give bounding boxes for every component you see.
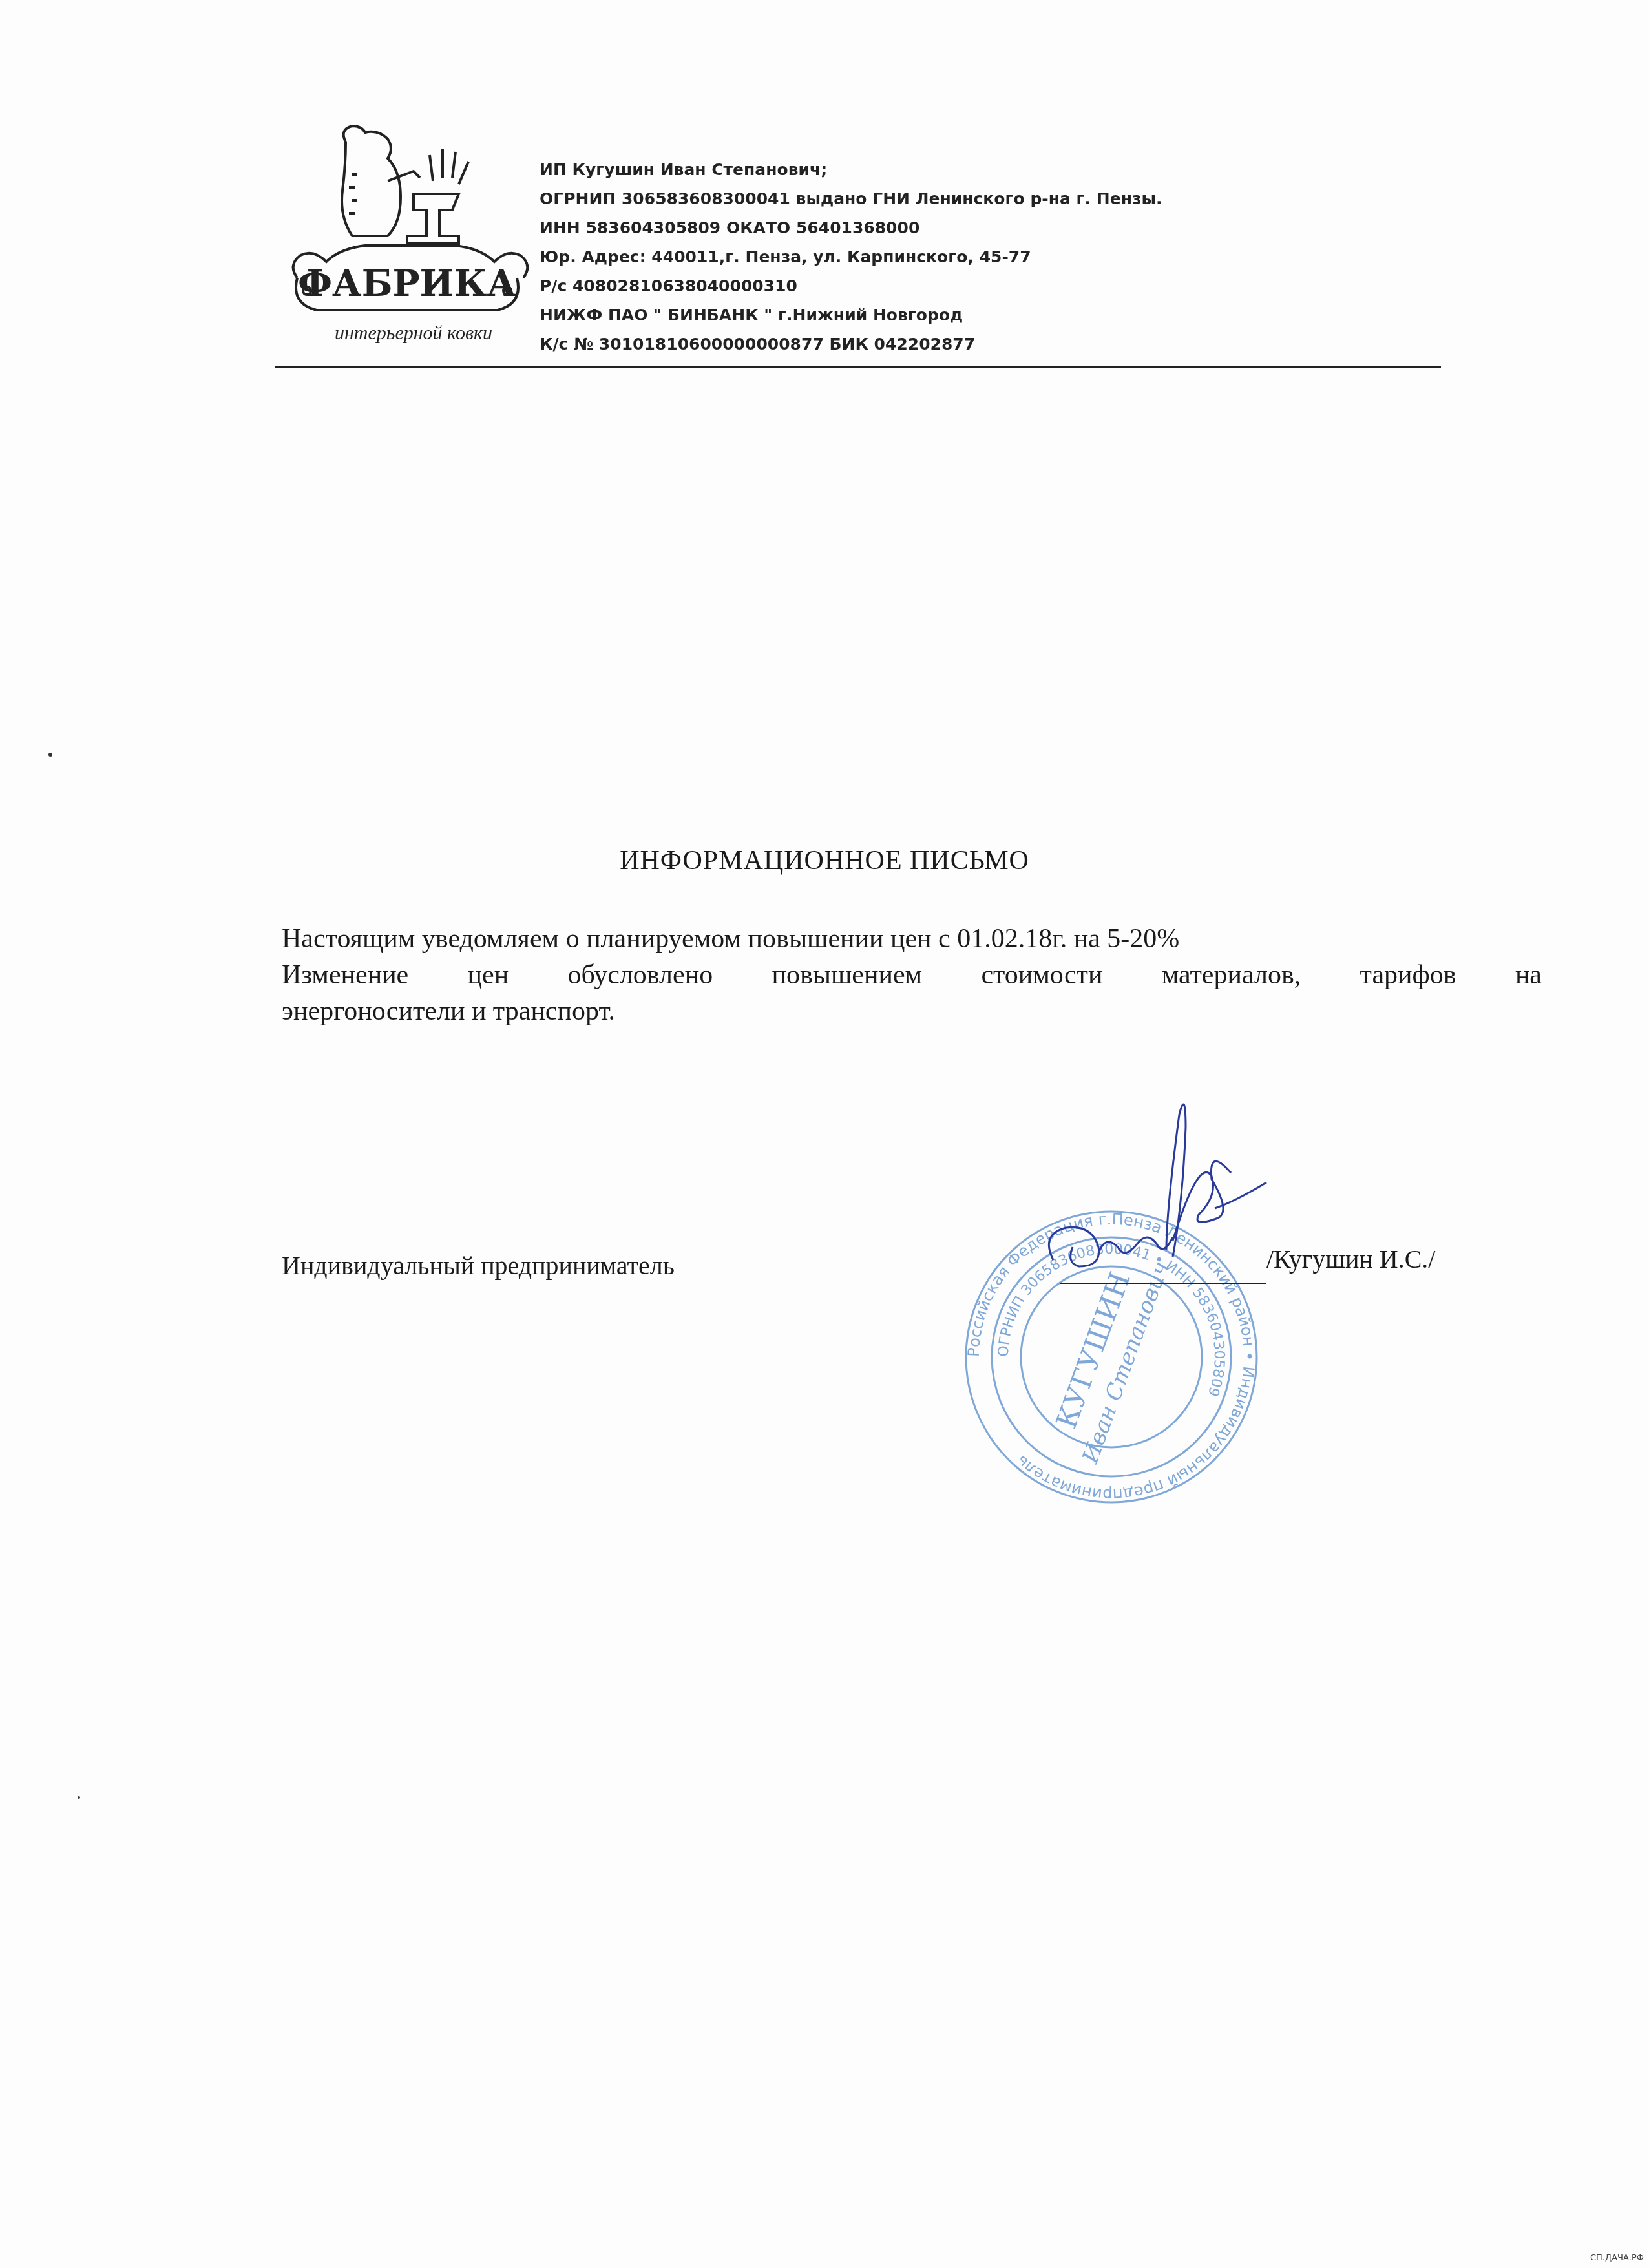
requisite-line-inn: ИНН 583604305809 ОКАТО 56401368000: [540, 213, 1162, 242]
requisite-line-address: Юр. Адрес: 440011,г. Пенза, ул. Карпинск…: [540, 242, 1162, 271]
requisite-line-account: Р/с 40802810638040000310: [540, 271, 1162, 300]
source-watermark: СП.ДАЧА.РФ: [1590, 2253, 1644, 2263]
requisite-line-corr-account: К/с № 30101810600000000877 БИК 042202877: [540, 330, 1162, 359]
paragraph-price-increase: Настоящим уведомляем о планируемом повыш…: [282, 921, 1542, 957]
handwritten-signature: [1034, 1086, 1279, 1299]
scan-speck: [78, 1796, 80, 1799]
svg-text:ФАБРИКА: ФАБРИКА: [298, 262, 517, 305]
letter-title: ИНФОРМАЦИОННОЕ ПИСЬМО: [0, 845, 1649, 876]
signer-position: Индивидуальный предприниматель: [282, 1250, 675, 1281]
bear-blacksmith-icon: ФАБРИКА интерьерной ковки: [284, 116, 530, 349]
company-requisites: ИП Кугушин Иван Степанович; ОГРНИП 30658…: [540, 155, 1162, 359]
signer-name: /Кугушин И.С./: [1266, 1244, 1435, 1274]
requisite-line-bank: НИЖФ ПАО " БИНБАНК " г.Нижний Новгород: [540, 300, 1162, 330]
letter-body: Настоящим уведомляем о планируемом повыш…: [282, 921, 1542, 1029]
requisite-line-ogrnip: ОГРНИП 306583608300041 выдано ГНИ Ленинс…: [540, 184, 1162, 213]
scan-speck: [48, 753, 52, 757]
svg-text:интерьерной ковки: интерьерной ковки: [335, 322, 492, 344]
signature-line: [1060, 1283, 1266, 1284]
header-divider: [275, 366, 1441, 368]
company-logo: ФАБРИКА интерьерной ковки: [284, 116, 530, 349]
requisite-line-name: ИП Кугушин Иван Степанович;: [540, 155, 1162, 184]
paragraph-reason-line2: энергоносители и транспорт.: [282, 993, 1542, 1029]
paragraph-reason-line1: Изменение цен обусловлено повышением сто…: [282, 957, 1542, 993]
